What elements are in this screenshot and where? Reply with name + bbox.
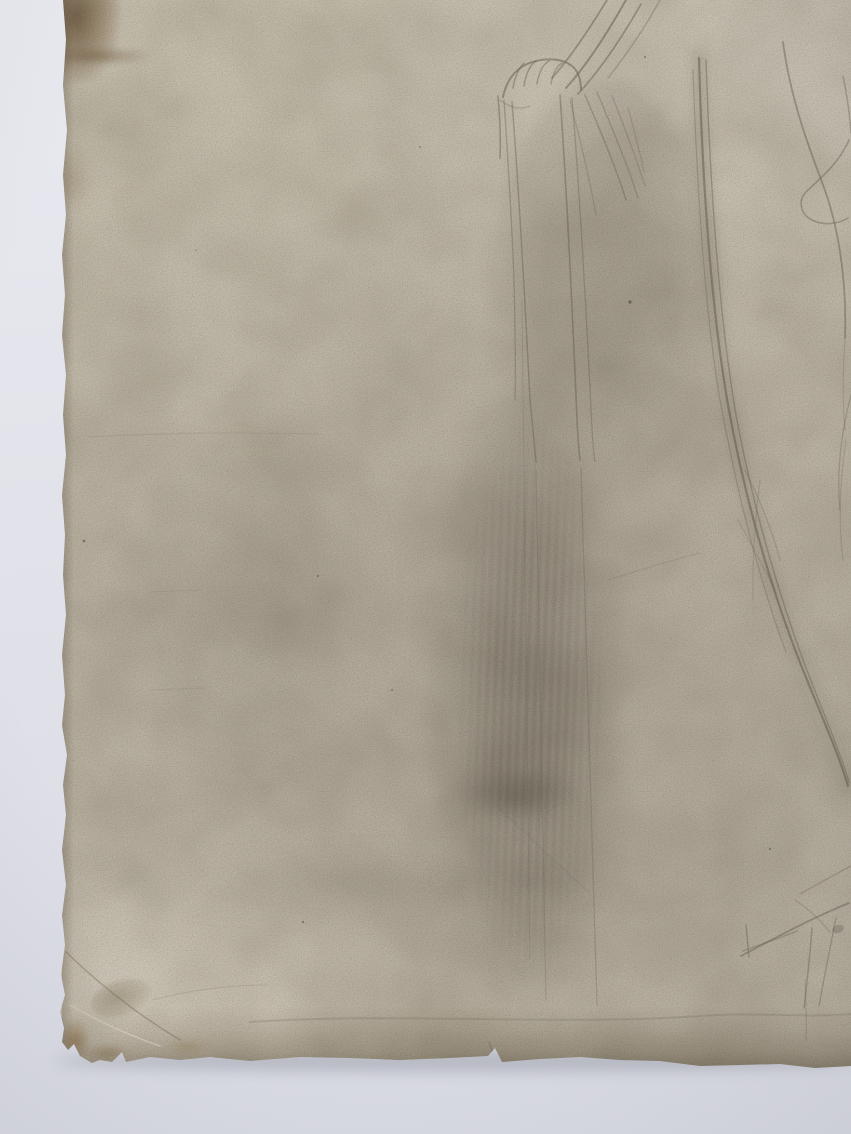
photo-of-drawing	[0, 0, 851, 1134]
paper-grain-texture	[0, 0, 851, 1134]
drawing-paper-sheet	[0, 0, 851, 1134]
